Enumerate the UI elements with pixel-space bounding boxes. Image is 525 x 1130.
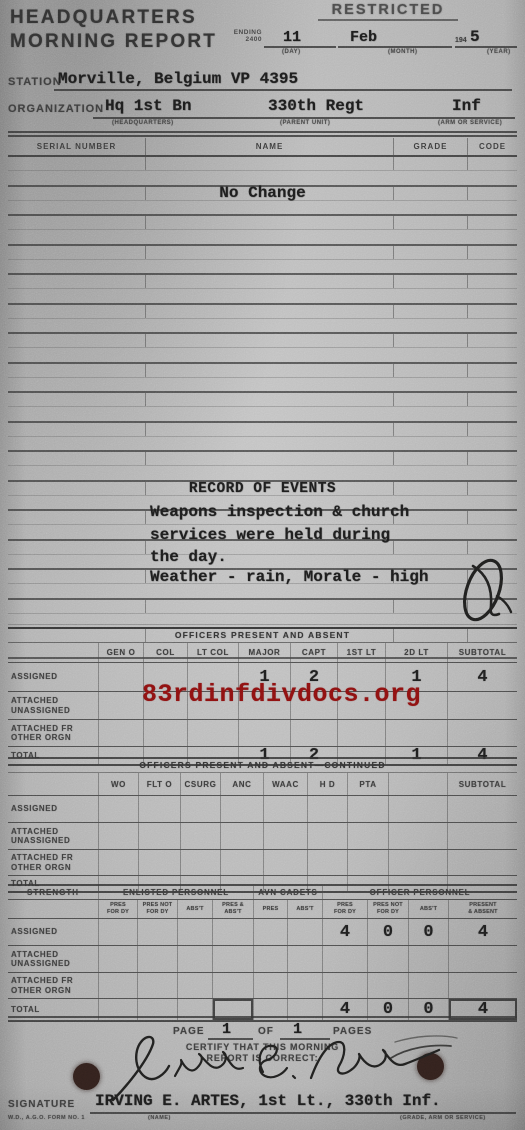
roster-mid-rule — [8, 524, 517, 525]
value-cell — [447, 796, 517, 822]
roster-col-code: CODE — [467, 138, 517, 155]
arm-service-sublabel: (ARM OR SERVICE) — [438, 120, 502, 126]
value-cell: 0 — [408, 919, 448, 945]
roster-mid-rule — [8, 347, 517, 348]
roster-mid-rule — [8, 259, 517, 260]
roster-row — [8, 364, 517, 394]
value-cell — [98, 946, 137, 972]
roster-row — [8, 157, 517, 187]
corner-cell — [8, 643, 98, 662]
roster-column-divider — [145, 511, 146, 524]
value-cell — [290, 720, 337, 746]
roster-mid-rule — [8, 288, 517, 289]
value-cell — [177, 973, 212, 998]
subcolumn-header: ABS'T — [408, 900, 448, 918]
name-sublabel-print: (NAME) — [148, 1115, 171, 1121]
column-header-row: WOFLT OCSURGANCWAACH DPTASUBTOTAL — [8, 773, 517, 796]
roster-column-divider — [467, 157, 468, 170]
value-cell — [98, 692, 143, 719]
table-row: ATTACHED FR OTHER ORGN — [8, 720, 517, 747]
value-cell — [322, 946, 367, 972]
value-cell: 4 — [447, 663, 517, 691]
organization-headquarters: Hq 1st Bn — [105, 97, 191, 115]
roster-column-divider — [467, 364, 468, 377]
value-cell — [307, 850, 347, 875]
signature-label: SIGNATURE — [8, 1099, 75, 1110]
value-cell — [212, 973, 253, 998]
table-row: ATTACHED UNASSIGNED — [8, 946, 517, 973]
day-value: 11 — [283, 29, 301, 46]
value-cell — [177, 946, 212, 972]
roster-column-divider — [393, 157, 394, 170]
row-label: ATTACHED UNASSIGNED — [8, 823, 98, 849]
record-of-events-line: services were held during — [150, 526, 390, 544]
value-cell — [138, 796, 180, 822]
value-cell — [212, 946, 253, 972]
record-of-events-line: Weather - rain, Morale - high — [150, 568, 428, 586]
value-cell — [143, 720, 187, 746]
record-of-events-line: the day. — [150, 548, 227, 566]
group-header-row: STRENGTHENLISTED PERSONNELAVN CADETSOFFI… — [8, 886, 517, 900]
strength-label: STRENGTH — [8, 886, 98, 899]
column-header — [388, 773, 447, 795]
value-cell — [408, 973, 448, 998]
parent-unit-sublabel: (PARENT UNIT) — [280, 120, 330, 126]
column-header-row: GEN OCOLLT COLMAJORCAPT1ST LT2D LTSUBTOT… — [8, 643, 517, 663]
value-cell — [347, 823, 388, 849]
roster-mid-rule — [8, 377, 517, 378]
form-title-line2: MORNING REPORT — [10, 31, 217, 53]
grade-sublabel-print: (GRADE, ARM OR SERVICE) — [400, 1115, 486, 1121]
value-cell — [137, 919, 177, 945]
section-title: OFFICERS PRESENT AND ABSENT — [8, 629, 517, 643]
roster-column-divider — [145, 246, 146, 259]
value-cell: 0 — [367, 919, 408, 945]
roster-column-divider — [393, 216, 394, 229]
value-cell — [98, 796, 138, 822]
day-label: (DAY) — [282, 49, 301, 55]
row-label: ASSIGNED — [8, 663, 98, 691]
roster-row — [8, 216, 517, 246]
value-cell — [137, 973, 177, 998]
value-cell — [447, 823, 517, 849]
value-cell — [98, 663, 143, 691]
website-watermark: 83rdinfdivdocs.org — [142, 680, 421, 709]
clerk-initials-mark — [445, 552, 523, 628]
headquarters-sublabel: (HEADQUARTERS) — [112, 120, 174, 126]
roster-column-divider — [467, 511, 468, 524]
value-cell — [220, 796, 263, 822]
column-header: PTA — [347, 773, 388, 795]
column-header: SUBTOTAL — [447, 643, 517, 662]
value-cell — [287, 919, 322, 945]
value-cell — [220, 823, 263, 849]
roster-column-divider — [467, 452, 468, 465]
subcolumn-header: ABS'T — [177, 900, 212, 918]
organization-arm-service: Inf — [452, 97, 481, 115]
corner-cell — [8, 773, 98, 795]
value-cell — [138, 823, 180, 849]
roster-column-divider — [467, 216, 468, 229]
subcolumn-header: PRES FOR DY — [322, 900, 367, 918]
subcolumn-header: PRES NOT FOR DY — [137, 900, 177, 918]
value-cell — [98, 973, 137, 998]
roster-row — [8, 541, 517, 571]
value-cell — [98, 720, 143, 746]
value-cell — [98, 850, 138, 875]
value-cell — [447, 720, 517, 746]
row-label: ATTACHED FR OTHER ORGN — [8, 850, 98, 875]
month-value: Feb — [350, 29, 377, 46]
roster-mid-rule — [8, 318, 517, 319]
column-header: 2D LT — [385, 643, 447, 662]
value-cell — [238, 720, 290, 746]
roster-column-divider — [145, 570, 146, 583]
column-header: CSURG — [180, 773, 220, 795]
section-title: OFFICERS PRESENT AND ABSENT—CONTINUED — [8, 759, 517, 773]
roster-mid-rule — [8, 554, 517, 555]
roster-mid-rule — [8, 436, 517, 437]
row-label: ATTACHED FR OTHER ORGN — [8, 720, 98, 746]
roster-column-divider — [393, 275, 394, 288]
roster-column-divider — [393, 423, 394, 436]
value-cell — [385, 720, 447, 746]
column-header: GEN O — [98, 643, 143, 662]
roster-column-divider — [393, 246, 394, 259]
roster-row — [8, 334, 517, 364]
column-header: WO — [98, 773, 138, 795]
corner-cell — [8, 900, 98, 918]
roster-row — [8, 305, 517, 335]
row-label: ATTACHED UNASSIGNED — [8, 946, 98, 972]
subcolumn-header: PRES — [253, 900, 287, 918]
roster-column-divider — [145, 275, 146, 288]
value-cell: 4 — [322, 919, 367, 945]
row-label: ATTACHED FR OTHER ORGN — [8, 973, 98, 998]
roster-column-divider — [467, 275, 468, 288]
value-cell — [388, 823, 447, 849]
roster-column-divider — [145, 452, 146, 465]
value-cell — [180, 796, 220, 822]
form-number-print: W.D., A.G.O. FORM NO. 1 — [8, 1115, 85, 1121]
form-title-line1: HEADQUARTERS — [10, 7, 197, 29]
value-cell — [337, 720, 385, 746]
roster-row — [8, 393, 517, 423]
value-cell: 4 — [448, 919, 517, 945]
record-of-events-line: Weapons inspection & church — [150, 503, 409, 521]
table-row: ASSIGNED — [8, 796, 517, 823]
value-cell — [253, 946, 287, 972]
ending-time: 2400 — [230, 36, 262, 43]
year-label: (YEAR) — [487, 49, 511, 55]
ending-label: ENDING 2400 — [230, 29, 262, 43]
ending-word: ENDING — [230, 29, 262, 36]
value-cell — [447, 692, 517, 719]
morning-report-document: RESTRICTED HEADQUARTERS MORNING REPORT E… — [0, 0, 525, 1130]
roster-column-divider — [467, 305, 468, 318]
roster-column-divider — [467, 246, 468, 259]
value-cell — [98, 823, 138, 849]
value-cell — [177, 919, 212, 945]
year-value: 5 — [470, 28, 480, 46]
roster-column-divider — [393, 393, 394, 406]
roster-column-divider — [393, 600, 394, 613]
roster-mid-rule — [8, 465, 517, 466]
group-label: AVN CADETS — [253, 886, 322, 899]
roster-column-divider — [393, 364, 394, 377]
value-cell — [263, 850, 307, 875]
roster-mid-rule — [8, 613, 517, 614]
value-cell — [287, 973, 322, 998]
column-header: FLT O — [138, 773, 180, 795]
value-cell — [447, 850, 517, 875]
column-header: WAAC — [263, 773, 307, 795]
roster-column-divider — [145, 600, 146, 613]
roster-column-divider — [467, 393, 468, 406]
subcolumn-header: PRES NOT FOR DY — [367, 900, 408, 918]
roster-column-divider — [393, 541, 394, 554]
value-cell — [367, 973, 408, 998]
value-cell — [347, 850, 388, 875]
value-cell — [388, 850, 447, 875]
roster-row — [8, 275, 517, 305]
column-header: MAJOR — [238, 643, 290, 662]
value-cell — [212, 919, 253, 945]
roster-column-divider — [467, 334, 468, 347]
value-cell — [138, 850, 180, 875]
roster-col-serial-number: SERIAL NUMBER — [8, 138, 145, 155]
value-cell — [263, 823, 307, 849]
roster-column-divider — [145, 157, 146, 170]
roster-mid-rule — [8, 229, 517, 230]
value-cell — [263, 796, 307, 822]
station-value: Morville, Belgium VP 4395 — [58, 70, 298, 88]
value-cell — [187, 720, 238, 746]
strength-table: STRENGTHENLISTED PERSONNELAVN CADETSOFFI… — [8, 884, 517, 1022]
value-cell — [287, 946, 322, 972]
value-cell — [180, 823, 220, 849]
group-label: ENLISTED PERSONNEL — [98, 886, 253, 899]
roster-header-row: SERIAL NUMBER NAME GRADE CODE — [8, 138, 517, 157]
value-cell — [98, 919, 137, 945]
roster-column-divider — [145, 541, 146, 554]
subcolumn-header: PRES FOR DY — [98, 900, 137, 918]
value-cell — [253, 919, 287, 945]
officers-continued-table: OFFICERS PRESENT AND ABSENT—CONTINUEDWOF… — [8, 757, 517, 893]
roster-column-divider — [467, 423, 468, 436]
no-change-entry: No Change — [0, 184, 525, 202]
subcolumn-header-row: PRES FOR DYPRES NOT FOR DYABS'TPRES & AB… — [8, 900, 517, 919]
roster-column-divider — [145, 364, 146, 377]
roster-row — [8, 246, 517, 276]
value-cell — [408, 946, 448, 972]
column-header: H D — [307, 773, 347, 795]
roster-col-grade: GRADE — [393, 138, 467, 155]
column-header: ANC — [220, 773, 263, 795]
table-row: ASSIGNED4004 — [8, 919, 517, 946]
row-label: ASSIGNED — [8, 796, 98, 822]
value-cell — [367, 946, 408, 972]
table-row: TOTAL4004 — [8, 999, 517, 1022]
group-label: OFFICER PERSONNEL — [322, 886, 517, 899]
year-printed: 194 — [455, 37, 467, 44]
handwritten-signature — [95, 1028, 465, 1106]
value-cell — [448, 946, 517, 972]
roster-column-divider — [145, 334, 146, 347]
column-header: SUBTOTAL — [447, 773, 517, 795]
column-header: COL — [143, 643, 187, 662]
value-cell — [220, 850, 263, 875]
roster-column-divider — [393, 334, 394, 347]
month-label: (MONTH) — [388, 49, 418, 55]
value-cell — [388, 796, 447, 822]
value-cell — [448, 973, 517, 998]
subcolumn-header: PRES & ABS'T — [212, 900, 253, 918]
value-cell — [322, 973, 367, 998]
value-cell — [307, 796, 347, 822]
value-cell — [347, 796, 388, 822]
roster-col-name: NAME — [145, 138, 393, 155]
roster-column-divider — [393, 452, 394, 465]
roster-mid-rule — [8, 170, 517, 171]
table-row: ATTACHED FR OTHER ORGN — [8, 850, 517, 876]
row-label: ATTACHED UNASSIGNED — [8, 692, 98, 719]
column-header: 1ST LT — [337, 643, 385, 662]
value-cell — [180, 850, 220, 875]
roster-column-divider — [393, 305, 394, 318]
roster-column-divider — [145, 216, 146, 229]
subcolumn-header: ABS'T — [287, 900, 322, 918]
value-cell — [253, 973, 287, 998]
table-row: ATTACHED FR OTHER ORGN — [8, 973, 517, 999]
column-header: CAPT — [290, 643, 337, 662]
roster-mid-rule — [8, 406, 517, 407]
column-header: LT COL — [187, 643, 238, 662]
roster-row — [8, 452, 517, 482]
organization-parent-unit: 330th Regt — [268, 97, 364, 115]
record-of-events-title: RECORD OF EVENTS — [0, 481, 525, 497]
roster-column-divider — [145, 393, 146, 406]
station-label: STATION — [8, 76, 62, 88]
roster-column-divider — [145, 423, 146, 436]
table-row: ATTACHED UNASSIGNED — [8, 823, 517, 850]
restricted-stamp: RESTRICTED — [318, 2, 458, 21]
value-cell — [137, 946, 177, 972]
organization-label: ORGANIZATION — [8, 103, 104, 115]
row-label: ASSIGNED — [8, 919, 98, 945]
value-cell — [307, 823, 347, 849]
roster-column-divider — [145, 305, 146, 318]
subcolumn-header: PRESENT & ABSENT — [448, 900, 517, 918]
roster-row — [8, 423, 517, 453]
